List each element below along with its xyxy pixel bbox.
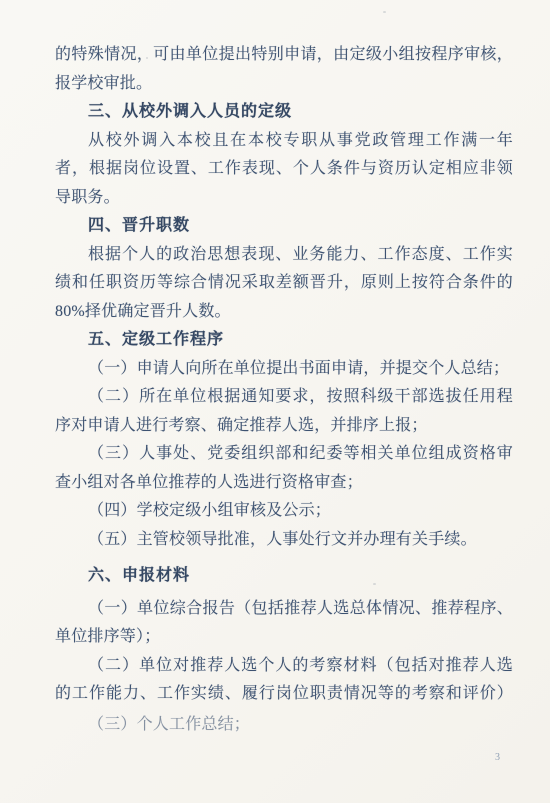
text-line: 者，根据岗位设置、工作表现、个人条件与资历认定相应非领 [55, 155, 513, 184]
text-line: 序对申请人进行考察、确定推荐人选，并排序上报； [55, 412, 513, 441]
scan-speck [373, 583, 376, 585]
text-line: 的特殊情况，可由单位提出特别申请，由定级小组按程序审核， [55, 41, 513, 70]
scan-speck [146, 57, 148, 59]
list-item: （三）人事处、党委组织部和纪委等相关单位组成资格审 [55, 440, 513, 469]
section-heading: 五、定级工作程序 [55, 326, 513, 355]
list-item: （五）主管校领导批准，人事处行文并办理有关手续。 [55, 526, 513, 555]
text-line: 导职务。 [55, 184, 513, 213]
scan-speck [430, 690, 432, 693]
text-line: 80%择优确定晋升人数。 [55, 298, 513, 327]
list-item: （四）学校定级小组审核及公示； [55, 497, 513, 526]
list-item: （一）申请人向所在单位提出书面申请，并提交个人总结； [55, 355, 513, 384]
text-line: 根据个人的政治思想表现、业务能力、工作态度、工作实 [55, 241, 513, 270]
text-line: 查小组对各单位推荐的人选进行资格审查； [55, 469, 513, 498]
list-item: （二）所在单位根据通知要求，按照科级干部选拔任用程 [55, 383, 513, 412]
text-line: 的工作能力、工作实绩、履行岗位职责情况等的考察和评价） [55, 680, 513, 709]
section-heading: 四、晋升职数 [55, 212, 513, 241]
scan-speck [383, 11, 386, 13]
scan-speck [362, 601, 364, 603]
list-item: （一）单位综合报告（包括推荐人选总体情况、推荐程序、 [55, 595, 513, 624]
text-line: 报学校审批。 [55, 70, 513, 99]
section-heading: 三、从校外调入人员的定级 [55, 98, 513, 127]
page-number: 3 [495, 752, 500, 763]
document-page: 的特殊情况，可由单位提出特别申请，由定级小组按程序审核， 报学校审批。 三、从校… [0, 0, 550, 803]
text-line: 绩和任职资历等综合情况采取差额晋升，原则上按符合条件的 [55, 269, 513, 298]
list-item: （三）个人工作总结； [55, 711, 513, 740]
text-line: 单位排序等）； [55, 623, 513, 652]
section-heading: 六、申报材料 [55, 562, 513, 591]
list-item: （二）单位对推荐人选个人的考察材料（包括对推荐人选 [55, 652, 513, 681]
text-line: 从校外调入本校且在本校专职从事党政管理工作满一年 [55, 127, 513, 156]
